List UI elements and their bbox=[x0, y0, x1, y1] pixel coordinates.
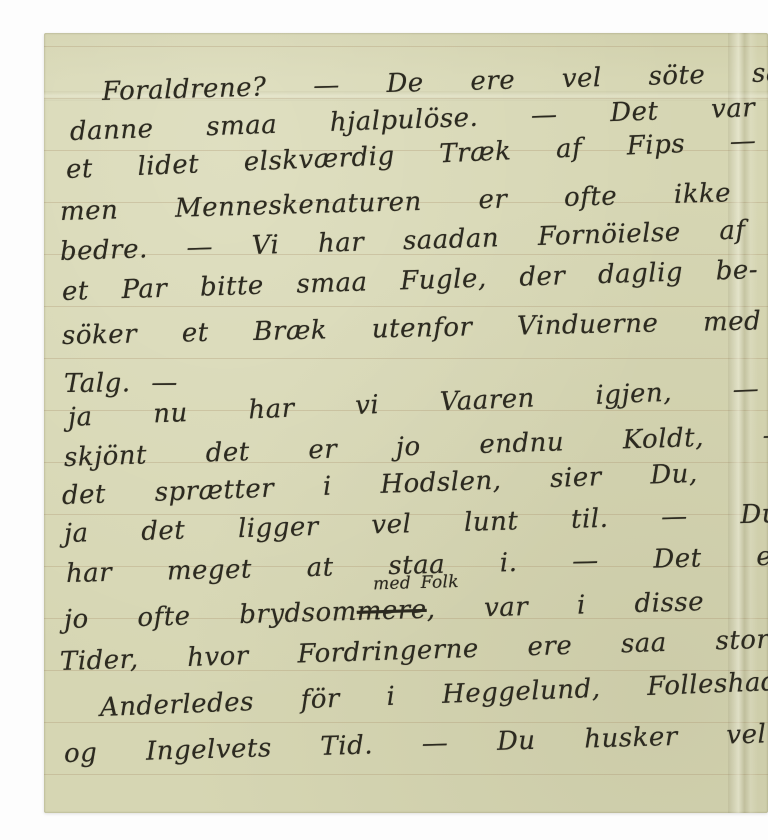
handwriting-line: et Par bitte smaa Fugle, der daglig be- bbox=[62, 257, 759, 305]
correction-text-before: jo ofte brydsom bbox=[64, 597, 358, 635]
handwriting-line: Anderledes för i Heggelund, Folleshad bbox=[100, 669, 768, 721]
inserted-text-above-line: med Folk bbox=[373, 574, 459, 593]
handwriting-line: söker et Bræk utenfor Vinduerne med bbox=[62, 308, 762, 349]
handwriting-line: Talg. — bbox=[64, 370, 178, 397]
struck-through-text: mere bbox=[356, 595, 427, 627]
handwriting-line-with-correction: jo ofte brydsommere, var i disse med Fol… bbox=[64, 589, 705, 633]
letter-scan-background: Foraldrene? — De ere vel söte saa danne … bbox=[0, 0, 768, 840]
handwriting-line: og Ingelvets Tid. — Du husker vel bbox=[64, 721, 767, 767]
correction-text-after: , var i disse bbox=[426, 587, 704, 625]
handwriting-line: ja det ligger vel lunt til. — Du bbox=[64, 501, 768, 547]
letter-paper: Foraldrene? — De ere vel söte saa danne … bbox=[44, 33, 768, 813]
handwriting-line: Tider, hvor Fordringerne ere saa store. bbox=[60, 626, 768, 675]
